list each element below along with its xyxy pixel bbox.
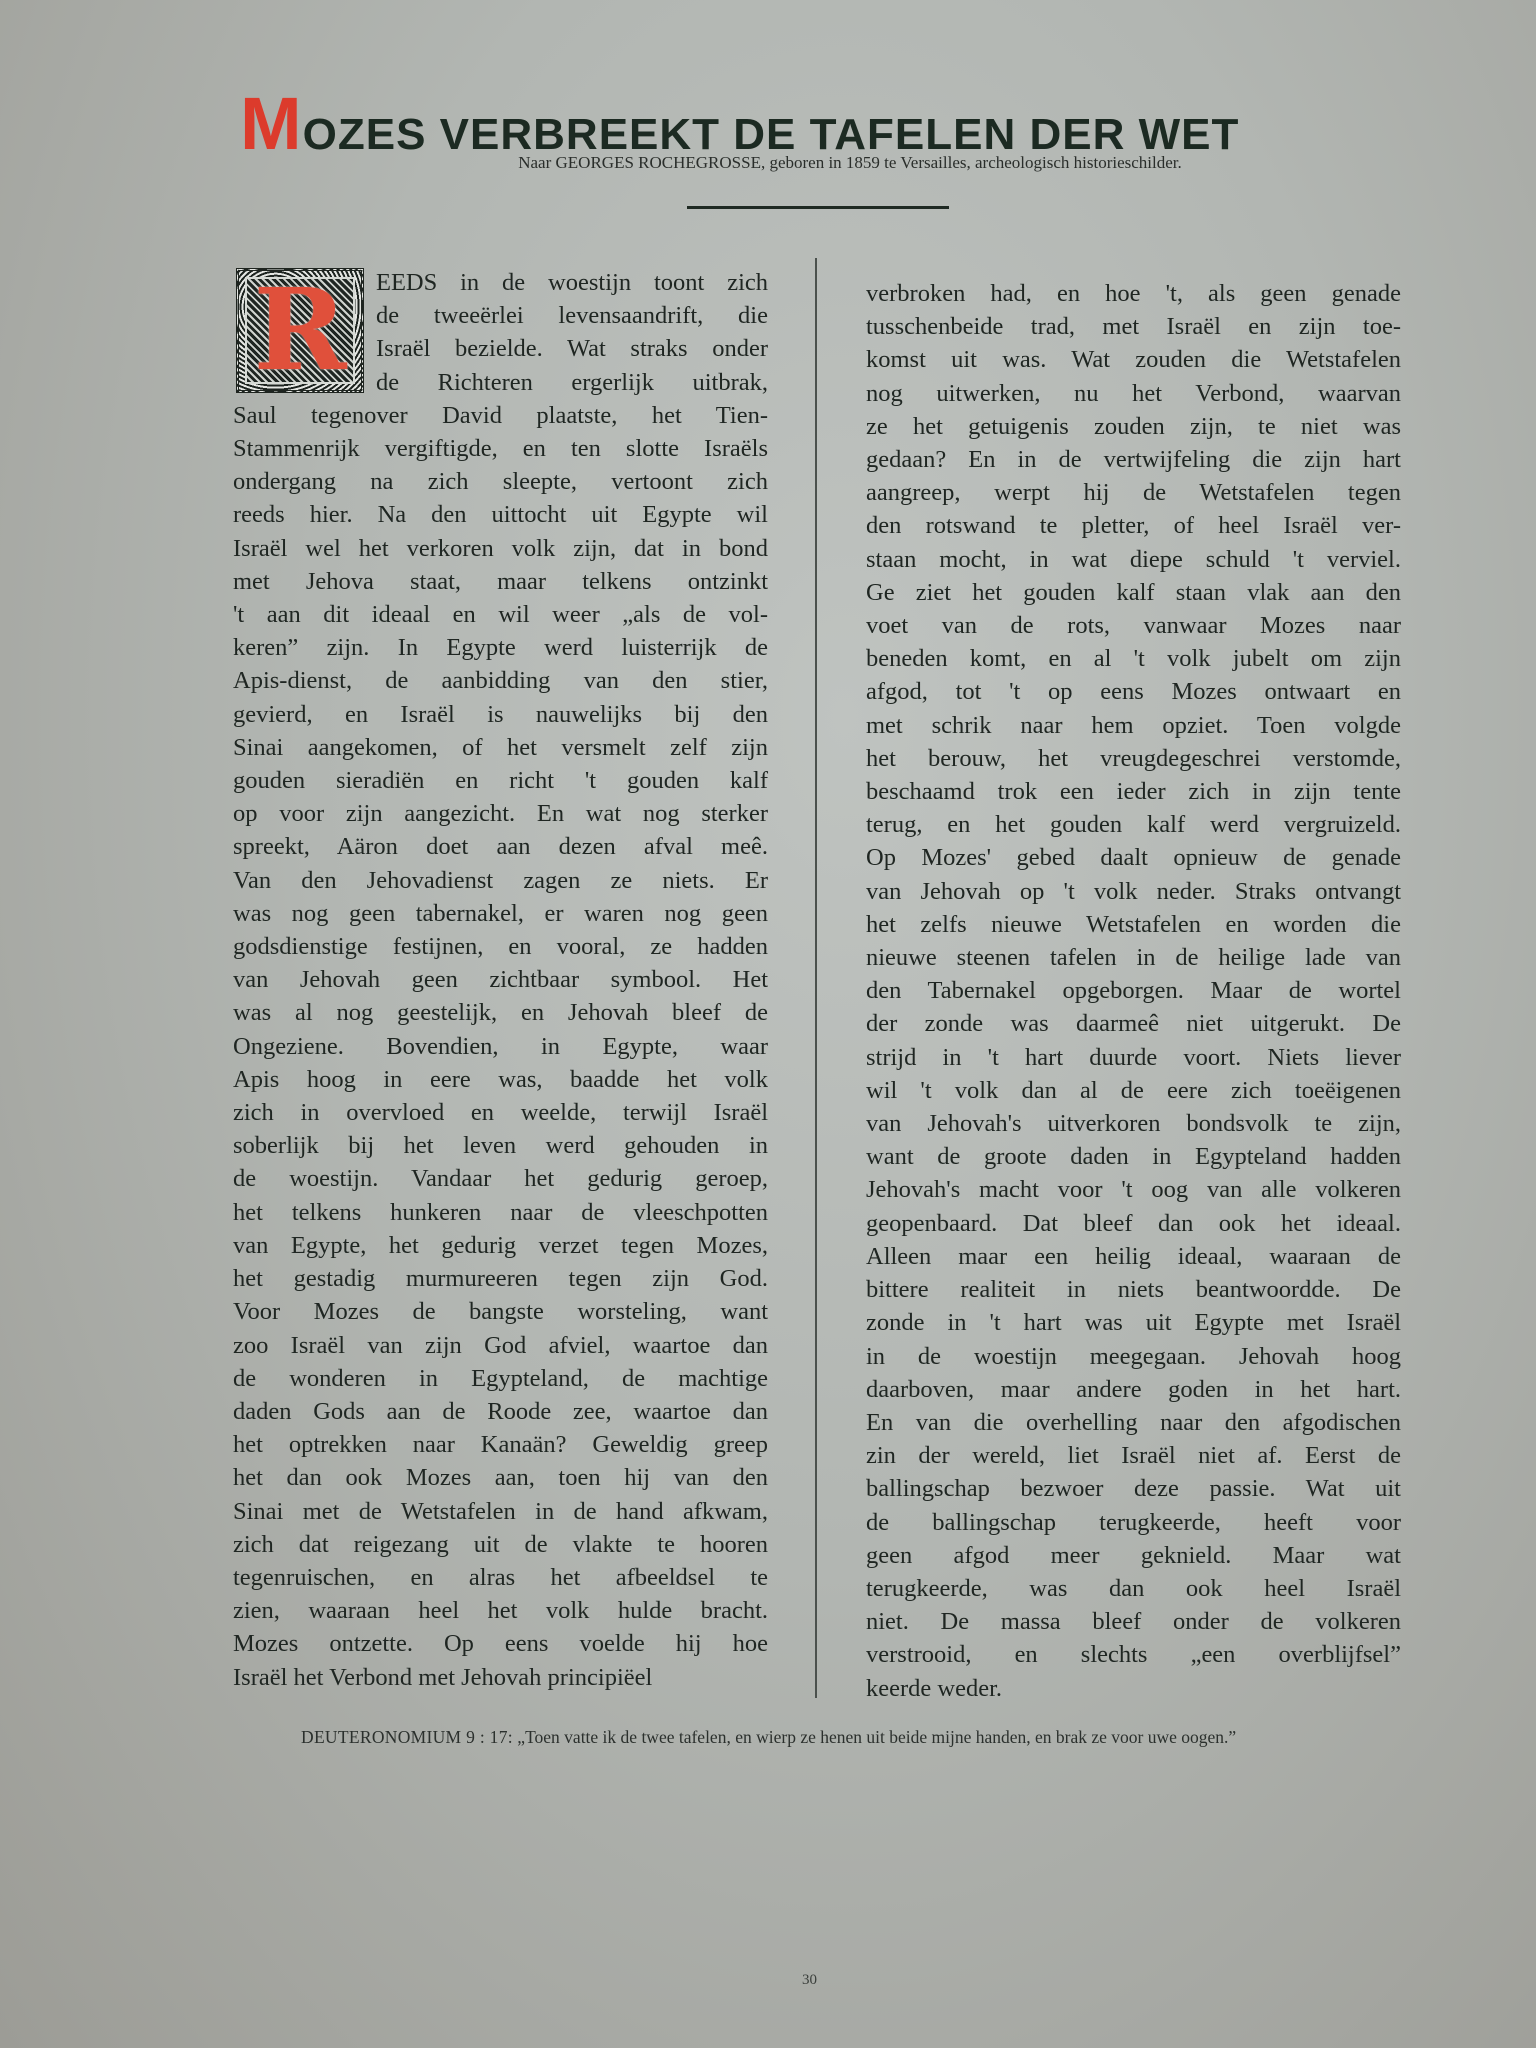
text-line: zin der wereld, liet Israël niet af. Eer…: [866, 1439, 1401, 1472]
text-line: gevierd, en Israël is nauwelijks bij den: [233, 698, 768, 731]
text-line: reeds hier. Na den uittocht uit Egypte w…: [233, 498, 768, 531]
text-line: met Jehova staat, maar telkens ontzinkt: [233, 565, 768, 598]
illuminated-initial-icon: R: [236, 268, 364, 393]
text-line: Saul tegenover David plaatste, het Tien-: [233, 399, 768, 432]
text-line: Alleen maar een heilig ideaal, waaraan d…: [866, 1240, 1401, 1273]
text-line: der zonde was daarmeê niet uitgerukt. De: [866, 1007, 1401, 1040]
text-line: Apis hoog in eere was, baadde het volk: [233, 1063, 768, 1096]
text-line: Ongeziene. Bovendien, in Egypte, waar: [233, 1030, 768, 1063]
text-line: van Jehovah op 't volk neder. Straks ont…: [866, 875, 1401, 908]
text-line: keerde weder.: [866, 1672, 1401, 1705]
title-divider-rule: [687, 206, 949, 209]
text-line: zoo Israël van zijn God afviel, waartoe …: [233, 1329, 768, 1362]
text-line: keren” zijn. In Egypte werd luisterrijk …: [233, 631, 768, 664]
text-line: het dan ook Mozes aan, toen hij van den: [233, 1461, 768, 1494]
text-line: het zelfs nieuwe Wetstafelen en worden d…: [866, 908, 1401, 941]
text-line: komst uit was. Wat zouden die Wetstafele…: [866, 343, 1401, 376]
text-line: nog uitwerken, nu het Verbond, waarvan: [866, 377, 1401, 410]
text-line: van Jehovah geen zichtbaar symbool. Het: [233, 963, 768, 996]
text-line: het gestadig murmureeren tegen zijn God.: [233, 1262, 768, 1295]
text-line: het telkens hunkeren naar de vleeschpott…: [233, 1196, 768, 1229]
text-line: gedaan? En in de vertwijfeling die zijn …: [866, 443, 1401, 476]
text-line: de wonderen in Egypteland, de machtige: [233, 1362, 768, 1395]
text-line: Israël wel het verkoren volk zijn, dat i…: [233, 532, 768, 565]
text-line: was nog geen tabernakel, er waren nog ge…: [233, 897, 768, 930]
text-line: staan mocht, in wat diepe schuld 't verv…: [866, 543, 1401, 576]
text-line: tusschenbeide trad, met Israël en zijn t…: [866, 310, 1401, 343]
text-line: voet van de rots, vanwaar Mozes naar: [866, 609, 1401, 642]
text-line: afgod, tot 't op eens Mozes ontwaart en: [866, 675, 1401, 708]
column-divider: [815, 258, 817, 1698]
text-line: daden Gods aan de Roode zee, waartoe dan: [233, 1395, 768, 1428]
text-line: Stammenrijk vergiftigde, en ten slotte I…: [233, 432, 768, 465]
text-line: terug, en het gouden kalf werd vergruize…: [866, 808, 1401, 841]
text-line: zich in overvloed en weelde, terwijl Isr…: [233, 1096, 768, 1129]
footer-scripture-quote: DEUTERONOMIUM 9 : 17: „Toen vatte ik de …: [233, 1723, 1383, 1752]
text-line: de woestijn. Vandaar het gedurig geroep,: [233, 1162, 768, 1195]
text-line: strijd in 't hart duurde voort. Niets li…: [866, 1041, 1401, 1074]
text-line: Ge ziet het gouden kalf staan vlak aan d…: [866, 576, 1401, 609]
text-line: ondergang na zich sleepte, vertoont zich: [233, 465, 768, 498]
text-line: was al nog geestelijk, en Jehovah bleef …: [233, 996, 768, 1029]
text-line: niet. De massa bleef onder de volkeren: [866, 1605, 1401, 1638]
text-line: het berouw, het vreugdegeschrei verstomd…: [866, 742, 1401, 775]
text-line: van Jehovah's uitverkoren bondsvolk te z…: [866, 1107, 1401, 1140]
subtitle-attribution: Naar GEORGES ROCHEGROSSE, geboren in 185…: [300, 153, 1400, 173]
text-line: den Tabernakel opgeborgen. Maar de worte…: [866, 974, 1401, 1007]
text-line: in de woestijn meegegaan. Jehovah hoog: [866, 1340, 1401, 1373]
text-line: godsdienstige festijnen, en vooral, ze h…: [233, 930, 768, 963]
text-line: het optrekken naar Kanaän? Geweldig gree…: [233, 1428, 768, 1461]
text-line: aangreep, werpt hij de Wetstafelen tegen: [866, 476, 1401, 509]
text-line: zien, waaraan heel het volk hulde bracht…: [233, 1594, 768, 1627]
text-line: gouden sieradiën en richt 't gouden kalf: [233, 764, 768, 797]
text-line: spreekt, Aäron doet aan dezen afval meê.: [233, 830, 768, 863]
text-line: Israël het Verbond met Jehovah principië…: [233, 1661, 768, 1694]
text-line: wil 't volk dan al de eere zich toeëigen…: [866, 1074, 1401, 1107]
left-text-column: R EEDS in de woestijn toont zichde tweeë…: [233, 266, 768, 1694]
text-line: Sinai met de Wetstafelen in de hand afkw…: [233, 1495, 768, 1528]
text-line: terugkeerde, was dan ook heel Israël: [866, 1572, 1401, 1605]
text-line: Van den Jehovadienst zagen ze niets. Er: [233, 864, 768, 897]
dropcap-letter: R: [253, 275, 346, 387]
text-line: daarboven, maar andere goden in het hart…: [866, 1373, 1401, 1406]
text-line: geen afgod meer geknield. Maar wat: [866, 1539, 1401, 1572]
text-line: Jehovah's macht voor 't oog van alle vol…: [866, 1173, 1401, 1206]
left-column-body: EEDS in de woestijn toont zichde tweeërl…: [233, 266, 768, 1694]
text-line: Apis-dienst, de aanbidding van den stier…: [233, 664, 768, 697]
text-line: want de groote daden in Egypteland hadde…: [866, 1140, 1401, 1173]
scripture-reference: DEUTERONOMIUM 9 : 17:: [233, 1727, 513, 1747]
right-text-column: verbroken had, en hoe 't, als geen genad…: [866, 277, 1401, 1705]
text-line: beschaamd trok een ieder zich in zijn te…: [866, 775, 1401, 808]
text-line: soberlijk bij het leven werd gehouden in: [233, 1129, 768, 1162]
text-line: ze het getuigenis zouden zijn, te niet w…: [866, 410, 1401, 443]
text-line: nieuwe steenen tafelen in de heilige lad…: [866, 941, 1401, 974]
text-line: verstrooid, en slechts „een overblijfsel…: [866, 1638, 1401, 1671]
text-line: verbroken had, en hoe 't, als geen genad…: [866, 277, 1401, 310]
page-number: 30: [802, 1972, 817, 1989]
page-title: MOZES VERBREEKT DE TAFELEN DER WET: [240, 87, 1390, 161]
text-line: ballingschap bezwoer deze passie. Wat ui…: [866, 1472, 1401, 1505]
text-line: den rotswand te pletter, of heel Israël …: [866, 509, 1401, 542]
text-line: de ballingschap terugkeerde, heeft voor: [866, 1506, 1401, 1539]
text-line: 't aan dit ideaal en wil weer „als de vo…: [233, 598, 768, 631]
scripture-text: „Toen vatte ik de twee tafelen, en wierp…: [517, 1727, 1236, 1747]
text-line: geopenbaard. Dat bleef dan ook het ideaa…: [866, 1207, 1401, 1240]
text-line: Sinai aangekomen, of het versmelt zelf z…: [233, 731, 768, 764]
text-line: zich dat reigezang uit de vlakte te hoor…: [233, 1528, 768, 1561]
text-line: tegenruischen, en alras het afbeeldsel t…: [233, 1561, 768, 1594]
text-line: En van die overhelling naar den afgodisc…: [866, 1406, 1401, 1439]
right-column-body: verbroken had, en hoe 't, als geen genad…: [866, 277, 1401, 1705]
text-line: Op Mozes' gebed daalt opnieuw de genade: [866, 841, 1401, 874]
text-line: van Egypte, het gedurig verzet tegen Moz…: [233, 1229, 768, 1262]
text-line: Voor Mozes de bangste worsteling, want: [233, 1295, 768, 1328]
text-line: beneden komt, en al 't volk jubelt om zi…: [866, 642, 1401, 675]
text-line: Mozes ontzette. Op eens voelde hij hoe: [233, 1627, 768, 1660]
title-initial: M: [240, 82, 303, 165]
text-line: zonde in 't hart was uit Egypte met Isra…: [866, 1306, 1401, 1339]
text-line: bittere realiteit in niets beantwoordde.…: [866, 1273, 1401, 1306]
text-line: met schrik naar hem opziet. Toen volgde: [866, 709, 1401, 742]
text-line: op voor zijn aangezicht. En wat nog ster…: [233, 797, 768, 830]
